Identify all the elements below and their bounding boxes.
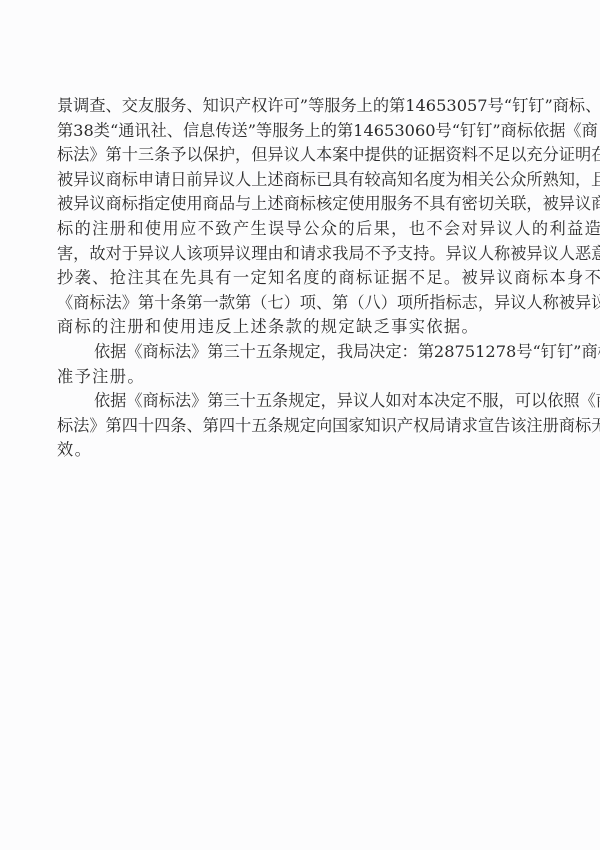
text-line: 依据《商标法》第三十五条规定，异议人如对本决定不服，可以依照《商 xyxy=(57,389,541,414)
document-body: 景调查、交友服务、知识产权许可”等服务上的第14653057号“钉钉”商标、 第… xyxy=(57,94,547,463)
text-line: 准予注册。 xyxy=(57,365,547,390)
text-line: 景调查、交友服务、知识产权许可”等服务上的第14653057号“钉钉”商标、 xyxy=(57,94,541,119)
text-line: 标的注册和使用应不致产生误导公众的后果，也不会对异议人的利益造成损 xyxy=(57,217,547,242)
text-line: 效。 xyxy=(57,438,547,463)
scanned-document-page: 景调查、交友服务、知识产权许可”等服务上的第14653057号“钉钉”商标、 第… xyxy=(0,0,600,850)
text-line: 《商标法》第十条第一款第（七）项、第（八）项所指标志，异议人称被异议 xyxy=(57,291,541,316)
paragraph-opposition-reasoning: 景调查、交友服务、知识产权许可”等服务上的第14653057号“钉钉”商标、 第… xyxy=(57,94,547,340)
text-line: 第38类“通讯社、信息传送”等服务上的第14653060号“钉钉”商标依据《商 xyxy=(57,119,541,144)
text-line: 抄袭、抢注其在先具有一定知名度的商标证据不足。被异议商标本身不属于 xyxy=(57,266,547,291)
paragraph-appeal-notice: 依据《商标法》第三十五条规定，异议人如对本决定不服，可以依照《商 标法》第四十四… xyxy=(57,389,547,463)
paragraph-decision: 依据《商标法》第三十五条规定，我局决定：第28751278号“钉钉”商标 准予注… xyxy=(57,340,547,389)
text-line: 被异议商标指定使用商品与上述商标核定使用服务不具有密切关联，被异议商 xyxy=(57,192,541,217)
text-line: 标法》第十三条予以保护，但异议人本案中提供的证据资料不足以充分证明在 xyxy=(57,143,541,168)
text-line: 标法》第四十四条、第四十五条规定向国家知识产权局请求宣告该注册商标无 xyxy=(57,414,541,439)
text-line: 害，故对于异议人该项异议理由和请求我局不予支持。异议人称被异议人恶意 xyxy=(57,242,541,267)
text-line: 商标的注册和使用违反上述条款的规定缺乏事实依据。 xyxy=(57,315,547,340)
text-line: 被异议商标申请日前异议人上述商标已具有较高知名度为相关公众所熟知，且 xyxy=(57,168,541,193)
text-line: 依据《商标法》第三十五条规定，我局决定：第28751278号“钉钉”商标 xyxy=(57,340,541,365)
